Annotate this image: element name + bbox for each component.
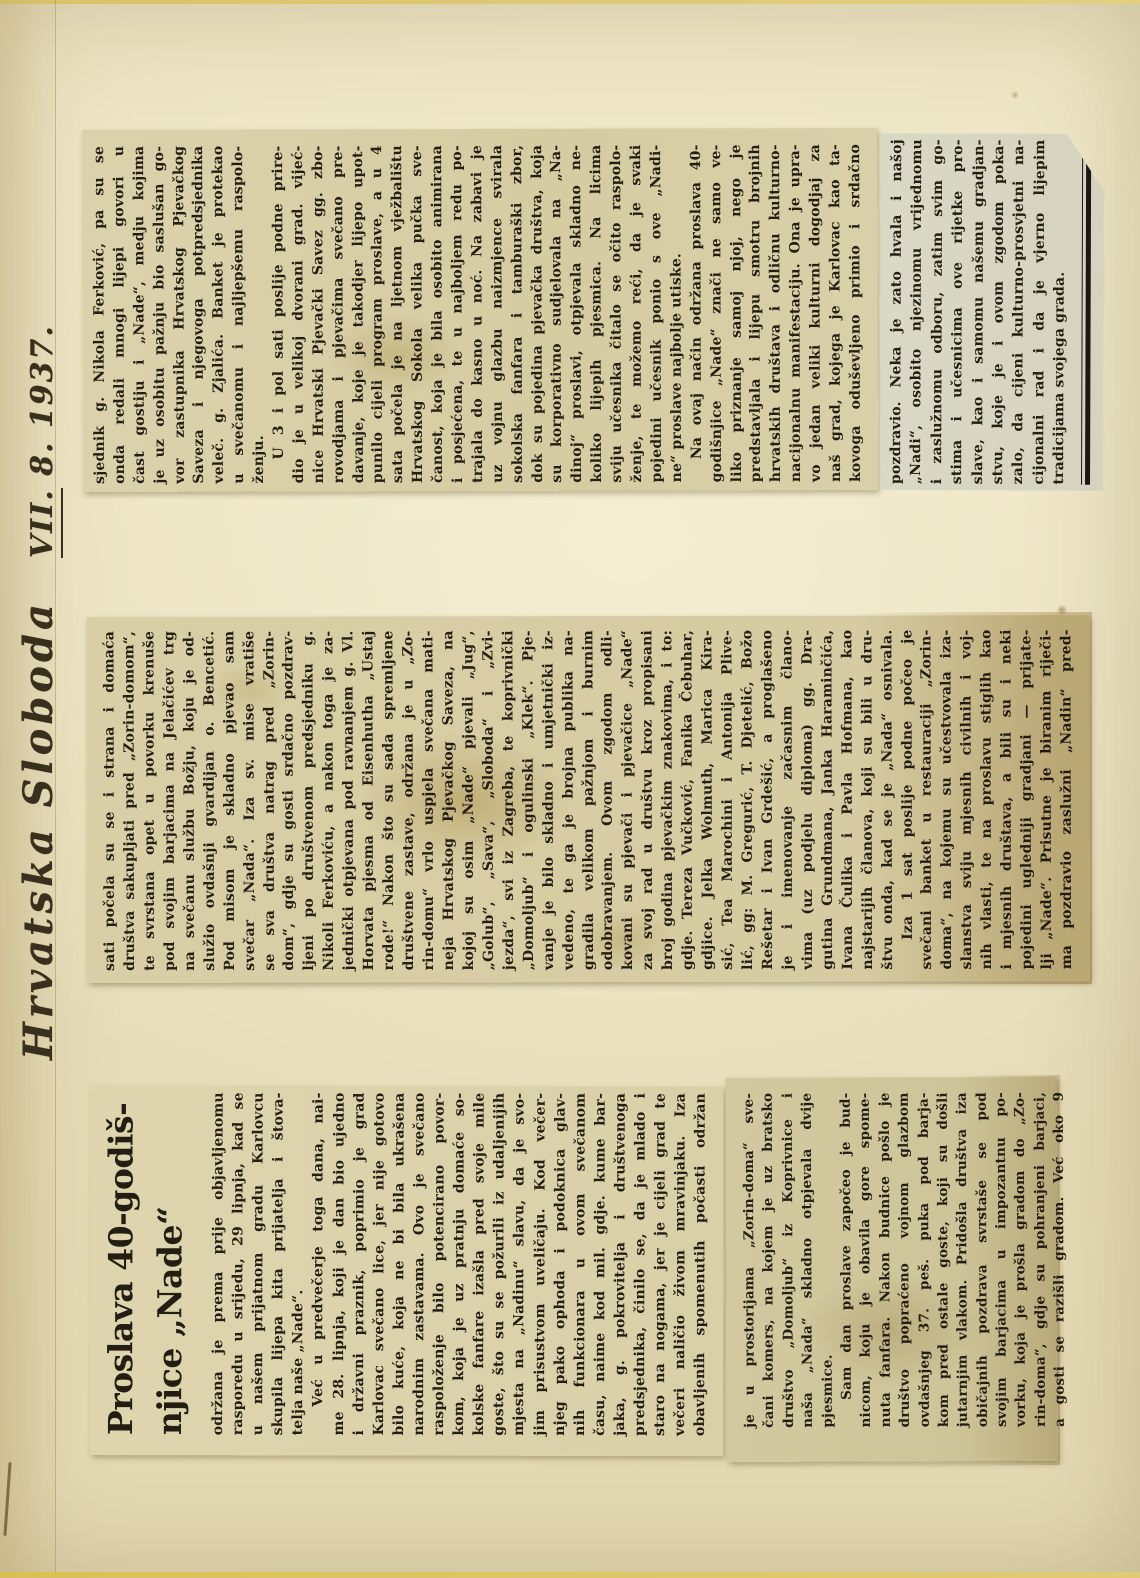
- text-line: održana je prema prije objavljenomu: [208, 1092, 229, 1435]
- text-line: telja naše „Nade“.: [288, 1092, 309, 1435]
- article-headline: Proslava 40-godiš- njice „Nade“: [96, 1092, 195, 1435]
- text-line: predstavljala i lijepu smotru brojnih: [746, 144, 767, 482]
- text-line: Karlovac svečano lice, jer nije gotovo: [369, 1092, 390, 1435]
- text-line: čani komers, na kojem je uz bratsko: [759, 1093, 780, 1428]
- newspaper-clipping-bottom-right: je u prostorijama „Zorin-doma“ sve-čani …: [726, 1077, 1058, 1462]
- text-line: pjesmice.: [817, 1093, 838, 1428]
- text-line: pod svojim barjacima na Jelačićev trg: [160, 631, 181, 971]
- text-line: lić, gg: M. Gregurić, T. Djetelić, Božo: [738, 630, 759, 970]
- text-line: ženje, te možemo reći, da je svaki: [627, 145, 648, 483]
- text-line: dio je u velikoj dvorani grad. vijeć-: [289, 145, 310, 483]
- clipping-text-column: pozdravio. Neka je zato hvala i našoj„Na…: [886, 139, 1071, 485]
- text-line: uz vojnu glazbu naizmjence svirala: [488, 145, 509, 483]
- text-line: svečani banket u restauraciji „Zorin-: [918, 630, 939, 970]
- text-line: vima (uz podjelu diploma) gg. Dra-: [798, 630, 819, 970]
- text-line: ljeni po društvenom predsjedniku g.: [300, 631, 321, 971]
- text-line: raspoloženje bilo potencirano povor-: [429, 1093, 450, 1436]
- text-line: jaka, g. pokrovitelja i društvenoga: [610, 1093, 631, 1436]
- text-line: društvene zastave, održana je u „Zo-: [399, 630, 420, 970]
- text-line: staro na nogama, jer je cijeli grad te: [650, 1093, 671, 1436]
- text-line: Ivana Čulika i Pavla Hofmana, kao: [838, 630, 859, 970]
- text-line: društva sakupljati pred „Zorin-domom“,: [120, 631, 141, 971]
- headline-gap: [194, 1092, 209, 1435]
- text-line: ne“ proslave najbolje utiske.: [667, 144, 688, 482]
- text-line: nuta fanfara. Nakon budnice pošlo je: [875, 1092, 896, 1427]
- page-edge-top: [0, 0, 1140, 4]
- text-line: vo jedan veliki kulturni dogodjaj za: [806, 144, 827, 482]
- text-line: skupila lijepa kita prijatelja i štova-: [268, 1092, 289, 1435]
- text-line: „Nadi“, osobito njezinomu vrijednomu: [906, 139, 928, 484]
- headline-line-2: njice „Nade“: [145, 1092, 195, 1435]
- text-line: sviju učesnika čitalo se očito raspolo-: [607, 145, 628, 483]
- clipping-text-column: sati počela su se i strana i domaćadrušt…: [100, 629, 1078, 971]
- text-line: gdje. Tereza Vučković, Fanika Čebuhar,: [679, 630, 700, 970]
- text-line: mjesta na „Nadinu“ slavu, da je svo-: [509, 1093, 530, 1436]
- text-line: običajnih pozdrava svrstaše se pod: [972, 1092, 993, 1427]
- text-line: ma pozdravio zaslužni „Nadin“ pred-: [1057, 629, 1078, 969]
- text-line: naša „Nada“ skladno otpjevala dvije: [798, 1093, 819, 1428]
- text-line: doma“, na kojemu su učestvovala iza-: [938, 629, 959, 969]
- text-line: rovodjama i pjevačima svečano pre-: [329, 145, 350, 483]
- text-line: rin-domu“ vrlo uspjela svečana mati-: [419, 630, 440, 970]
- text-line: narodnim zastavama. Ovo je svečano: [409, 1093, 430, 1436]
- clipping-text-column: je u prostorijama „Zorin-doma“ sve-čani …: [740, 1092, 1071, 1428]
- text-line: kovoga oduševljeno primio i srdačno: [846, 144, 867, 482]
- text-line: „Golub“, „Sava“, „Sloboda“ i „Zvi-: [479, 630, 500, 970]
- text-line: dom“, gdje su gosti srdačno pozdrav-: [280, 631, 301, 971]
- text-line: i zaslužnomu odboru, zatim svim go-: [927, 139, 949, 484]
- text-line: sati počela su se i strana i domaća: [100, 631, 121, 971]
- text-line: društvo popraćeno vojnom glazbom: [895, 1092, 916, 1427]
- text-line: koliko lijepih pjesmica. Na licima: [587, 145, 608, 483]
- text-line: predsjednika, činilo se, da je mlado i: [630, 1093, 651, 1436]
- text-line: je i imenovanje začasnim člano-: [778, 630, 799, 970]
- text-line: rin-doma“, gdje su pohranjeni barjaci,: [1031, 1092, 1052, 1427]
- text-line: nih vlasti, te na proslavu stiglih kao: [978, 629, 999, 969]
- text-line: Sam dan proslave započeo je bud-: [837, 1093, 858, 1428]
- text-line: štvu onda, kad se je „Nada“ osnivala.: [878, 630, 899, 970]
- text-line: ovdašnjeg 37. peš. puka pod barja-: [914, 1092, 935, 1427]
- text-line: dok su pojedina pjevačka društva, koja: [528, 145, 549, 483]
- text-line: veleč. g. Zjalića. Banket je protekao: [209, 146, 230, 484]
- text-line: svojim barjacima u impozantnu po-: [992, 1092, 1013, 1427]
- text-line: na svečanu službu Božju, koju je od-: [180, 631, 201, 971]
- text-line: nicom, koju je obavila gore spome-: [856, 1092, 877, 1427]
- handwritten-date: VII. 8. 1937.: [25, 324, 60, 558]
- text-line: odobravanjem. Ovom zgodom odli-: [599, 630, 620, 970]
- text-line: obavljenih spomenutih počasti održan: [690, 1093, 711, 1436]
- text-line: tradicijama svojega grada.: [1049, 140, 1071, 485]
- newspaper-clipping-headline: Proslava 40-godiš- njice „Nade“ održana …: [90, 1086, 724, 1456]
- text-line: Pod misom je skladno pjevao sam: [220, 631, 241, 971]
- text-line: hrvatskih društava i odličnu kulturno-: [766, 144, 787, 482]
- text-line: i državni praznik, poprimio je grad: [349, 1092, 370, 1435]
- text-line: se sva društva natrag pred „Zorin-: [260, 631, 281, 971]
- text-line: naš grad, kojega je Karlovac kao ta-: [826, 144, 847, 482]
- text-line: najstarijih članova, koji su bili u dru-: [858, 630, 879, 970]
- text-line: rasporedu u srijedu, 29 lipnja, kad se: [228, 1092, 249, 1435]
- text-line: jim prisustvom uveličaju. Kod večer-: [530, 1093, 551, 1436]
- text-line: su korporativno sudjelovala na „Na-: [548, 145, 569, 483]
- text-line: punilo cijeli program proslave, a u 4: [369, 145, 390, 483]
- text-line: Na ovaj način održana proslava 40-: [687, 144, 708, 482]
- page-edge-bottom: [0, 1572, 1140, 1578]
- text-line: rode!“ Nakon što su sada spremljene: [380, 630, 401, 970]
- text-line: jednički otpjevana pod ravnanjem g. Vl.: [340, 631, 361, 971]
- text-line: vanje je bilo skladno i umjetnički iz-: [539, 630, 560, 970]
- handwritten-date-rest: 8. 1937.: [25, 324, 60, 488]
- text-line: nice Hrvatski Pjevački Savez gg. zbo-: [309, 145, 330, 483]
- text-line: jutarnjim vlakom. Pridošla društva iza: [953, 1092, 974, 1427]
- handwritten-month-underlined: VII.: [25, 488, 63, 558]
- text-line: zalo, da cijeni kulturno-prosvjetni na-: [1008, 139, 1030, 484]
- text-line: lji „Nade“. Prisutne je biranim riječi-: [1037, 629, 1058, 969]
- text-line: čanost, koja je bila osobito animirana: [428, 145, 449, 483]
- text-line: godišnjice „Nade“ znači ne samo ve-: [707, 144, 728, 482]
- text-line: dinoj“ proslavi, otpjevala skladno ne-: [567, 145, 588, 483]
- text-line: sata počela je na ljetnom vježbalištu: [388, 145, 409, 483]
- text-line: kojoj su osim „Nade“ pjevali „Jug“,: [459, 630, 480, 970]
- text-line: te svrstana opet u povorku krenuše: [140, 631, 161, 971]
- text-line: kom, koja je uz pratnju domaće so-: [449, 1093, 470, 1436]
- text-line: u svečanomu i najljepšemu raspolo-: [229, 146, 250, 484]
- text-line: ženju.: [249, 146, 270, 484]
- text-line: Hrvatskog Sokola velika pučka sve-: [408, 145, 429, 483]
- text-line: „Domoljub“ i ogulinski „Klek“. Pje-: [519, 630, 540, 970]
- text-line: čast gostiju i „Nade“, medju kojima: [130, 146, 151, 484]
- text-line: i posjećena, te u najboljem redu po-: [448, 145, 469, 483]
- text-line: nacijonalnu manifestaciju. Ona je upra-: [786, 144, 807, 482]
- text-line: Rešetar i Ivan Grdešić, a proglašeno: [758, 630, 779, 970]
- text-line: stvu, koje je i ovom zgodom poka-: [988, 139, 1010, 484]
- text-line: vor zastupnika Hrvatskog Pjevačkog: [170, 146, 191, 484]
- text-line: gradila velikom pažnjom i burnim: [579, 630, 600, 970]
- text-line: neja Hrvatskog Pjevačkog Saveza, na: [439, 630, 460, 970]
- text-line: vedeno, te ga je brojna publika na-: [559, 630, 580, 970]
- headline-line-1: Proslava 40-godiš-: [96, 1092, 146, 1435]
- text-line: njeg pako ophoda i podoknica glav-: [550, 1093, 571, 1436]
- text-line: pozdravio. Neka je zato hvala i našoj: [886, 139, 908, 484]
- text-line: Horvata pjesma od Eisenhutha „Ustaj: [360, 630, 381, 970]
- newspaper-clipping-top-left: sjednik g. Nikola Ferković, pa su seonda…: [82, 128, 878, 492]
- newspaper-clipping-top-right: pozdravio. Neka je zato hvala i našoj„Na…: [880, 133, 1104, 491]
- text-line: nih funkcionara u ovom svečanom: [570, 1093, 591, 1436]
- text-line: stima i učesnicima ove rijetke pro-: [947, 139, 969, 484]
- text-line: a gosti se razišli gradom. Već oko 9: [1050, 1092, 1071, 1427]
- text-line: kovani su pjevači i pjevačice „Nade“: [619, 630, 640, 970]
- text-line: goste, što su se požurili iz udaljenijih: [489, 1093, 510, 1436]
- text-line: kom pred ostale goste, koji su došli: [934, 1092, 955, 1427]
- clipping-text-column: održana je prema prije objavljenomuraspo…: [208, 1092, 711, 1436]
- text-line: Već u predvečerje toga dana, nai-: [309, 1092, 330, 1435]
- text-line: pojedini učesnik ponio s ove „Nadi-: [647, 144, 668, 482]
- text-line: za svoj rad u društvu kroz propisani: [639, 630, 660, 970]
- article-end-rule: [1081, 150, 1091, 485]
- text-line: slanstva sviju mjesnih civilnih i voj-: [958, 629, 979, 969]
- text-line: jezda“, svi iz Zagreba, te koprivnički: [499, 630, 520, 970]
- text-line: broj godina pjevačkim znakovima, i to:: [659, 630, 680, 970]
- text-line: u našem prijatnom gradu Karlovcu: [248, 1092, 269, 1435]
- text-line: sokolska fanfara i tamburaški zbor,: [508, 145, 529, 483]
- text-line: Saveza i njegovoga potpredsjednika: [190, 146, 211, 484]
- text-line: društvo „Domoljub“ iz Koprivnice i: [778, 1093, 799, 1428]
- newspaper-clipping-middle: sati počela su se i strana i domaćadrušt…: [86, 615, 1090, 983]
- text-line: U 3 i pol sati poslije podne prire-: [269, 145, 290, 483]
- text-line: i mjesnih društava, a bili su i neki: [998, 629, 1019, 969]
- text-line: Iza 1 sat poslije podne počeo je: [898, 630, 919, 970]
- text-line: davanje, koje je takodjer lijepo upot-: [349, 145, 370, 483]
- text-line: je u prostorijama „Zorin-doma“ sve-: [740, 1093, 761, 1428]
- text-line: večeri naličio živom mravinjaku. Iza: [670, 1093, 691, 1436]
- text-line: služio ovdašnji gvardijan o. Bencetić.: [200, 631, 221, 971]
- text-line: je uz osobitu pažnju bio saslušan go-: [150, 146, 171, 484]
- text-line: svečar „Nada“. Iza sv. mise vratiše: [240, 631, 261, 971]
- text-line: gdjice. Jelka Wolmuth, Marica Kira-: [699, 630, 720, 970]
- text-line: gutina Grundmana, Janka Haraminčića,: [818, 630, 839, 970]
- text-line: trajala do kasno u noć. Na zabavi je: [468, 145, 489, 483]
- handwritten-annotation: Hrvatska SlobodaVII. 8. 1937.: [15, 455, 77, 1060]
- text-line: me 28. lipnja, koji je dan bio ujedno: [329, 1092, 350, 1435]
- text-line: bilo kuće, koja ne bi bila ukrašena: [389, 1093, 410, 1436]
- handwritten-publication-name: Hrvatska Sloboda: [15, 600, 62, 1060]
- text-line: cijonalni rad i da je vjerno lijepim: [1029, 140, 1051, 485]
- text-line: slave, kao i samomu našemu gradjan-: [968, 139, 990, 484]
- text-line: kolske fanfare izašla pred svoje mile: [469, 1093, 490, 1436]
- album-page: Hrvatska SlobodaVII. 8. 1937. sjednik g.…: [0, 0, 1140, 1578]
- text-line: onda redali mnogi lijepi govori u: [110, 146, 131, 484]
- text-line: pojedini ugledniji gradjani — prijate-: [1018, 629, 1039, 969]
- text-line: času, naime kod mil. gdje. kume bar-: [590, 1093, 611, 1436]
- text-line: liko priznanje samoj njoj, nego je: [727, 144, 748, 482]
- text-line: Nikoli Ferkoviću, a nakon toga je za-: [320, 631, 341, 971]
- text-line: sjednik g. Nikola Ferković, pa su se: [90, 146, 111, 484]
- text-line: sić, Tea Marochini i Antonija Plive-: [718, 630, 739, 970]
- clipping-text-column: sjednik g. Nikola Ferković, pa su seonda…: [90, 144, 867, 484]
- text-line: vorku, koja je prošla gradom do „Zo-: [1011, 1092, 1032, 1427]
